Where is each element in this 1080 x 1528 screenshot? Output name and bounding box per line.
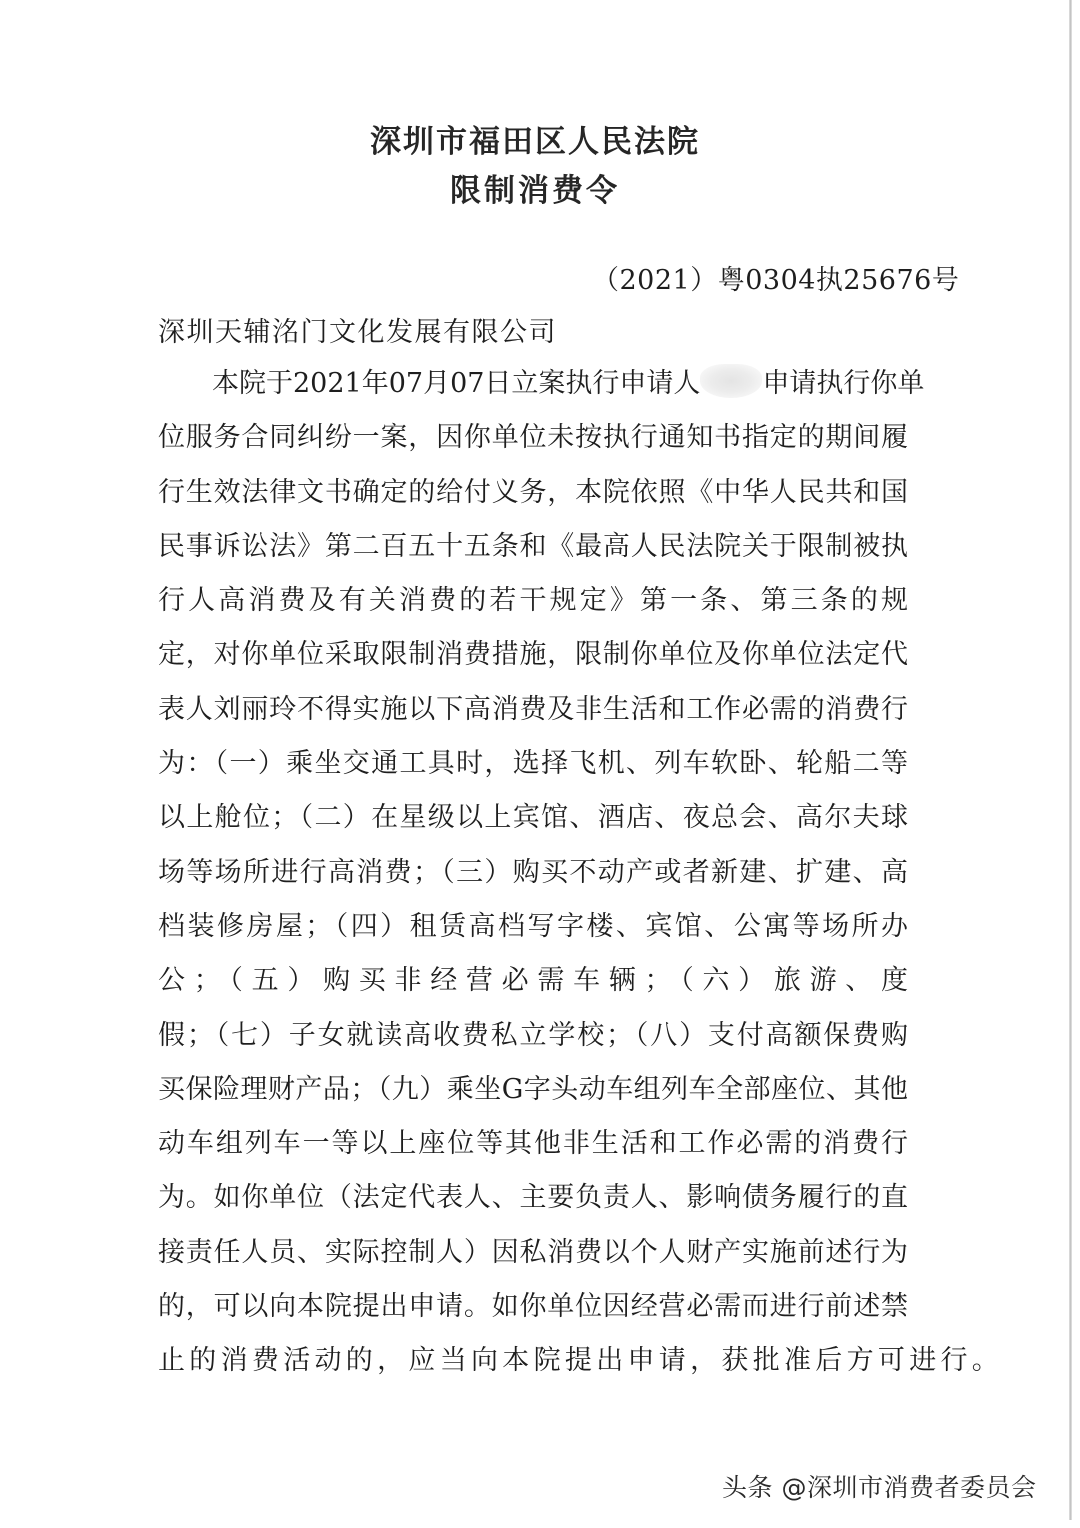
redacted-applicant-name xyxy=(700,364,762,398)
body-line: 为：（一）乘坐交通工具时，选择飞机、列车软卧、轮船二等 xyxy=(158,744,908,798)
body-line: 止的消费活动的，应当向本院提出申请，获批准后方可进行。 xyxy=(158,1341,908,1395)
body-line-text: 申请执行你单 xyxy=(762,368,924,399)
body-line: 以上舱位；（二）在星级以上宾馆、酒店、夜总会、高尔夫球 xyxy=(158,798,908,852)
body-line: 的，可以向本院提出申请。如你单位因经营必需而进行前述禁 xyxy=(158,1287,908,1341)
source-watermark: 头条 @深圳市消费者委员会 xyxy=(722,1468,1036,1504)
body-line: 行生效法律文书确定的给付义务，本院依照《中华人民共和国 xyxy=(158,473,908,527)
case-number: （2021）粤0304执25676号 xyxy=(592,258,959,297)
order-body: 本院于2021年07月07日立案执行申请人申请执行你单 位服务合同纠纷一案，因你… xyxy=(158,364,908,1396)
body-line: 为。如你单位（法定代表人、主要负责人、影响债务履行的直 xyxy=(158,1178,908,1232)
body-line: 接责任人员、实际控制人）因私消费以个人财产实施前述行为 xyxy=(158,1233,908,1287)
document-type-title: 限制消费令 xyxy=(0,165,1070,210)
body-line: 定，对你单位采取限制消费措施，限制你单位及你单位法定代 xyxy=(158,635,908,689)
body-line: 买保险理财产品；（九）乘坐G字头动车组列车全部座位、其他 xyxy=(158,1070,908,1124)
body-line: 假；（七）子女就读高收费私立学校；（八）支付高额保费购 xyxy=(158,1016,908,1070)
body-line: 行人高消费及有关消费的若干规定》第一条、第三条的规 xyxy=(158,581,908,635)
body-line-text: 本院于2021年07月07日立案执行申请人 xyxy=(212,368,700,399)
page-edge-divider xyxy=(1069,0,1072,1520)
body-line: 档装修房屋；（四）租赁高档写字楼、宾馆、公寓等场所办 xyxy=(158,907,908,961)
body-line: 位服务合同纠纷一案，因你单位未按执行通知书指定的期间履 xyxy=(158,418,908,472)
court-name-title: 深圳市福田区人民法院 xyxy=(0,116,1070,161)
body-line: 公；（五）购买非经营必需车辆；（六）旅游、度 xyxy=(158,961,908,1015)
body-line: 表人刘丽玲不得实施以下高消费及非生活和工作必需的消费行 xyxy=(158,690,908,744)
body-line: 动车组列车一等以上座位等其他非生活和工作必需的消费行 xyxy=(158,1124,908,1178)
addressee: 深圳天辅洺门文化发展有限公司 xyxy=(158,310,557,349)
body-line: 民事诉讼法》第二百五十五条和《最高人民法院关于限制被执 xyxy=(158,527,908,581)
body-line: 本院于2021年07月07日立案执行申请人申请执行你单 xyxy=(158,364,908,418)
body-line: 场等场所进行高消费；（三）购买不动产或者新建、扩建、高 xyxy=(158,853,908,907)
